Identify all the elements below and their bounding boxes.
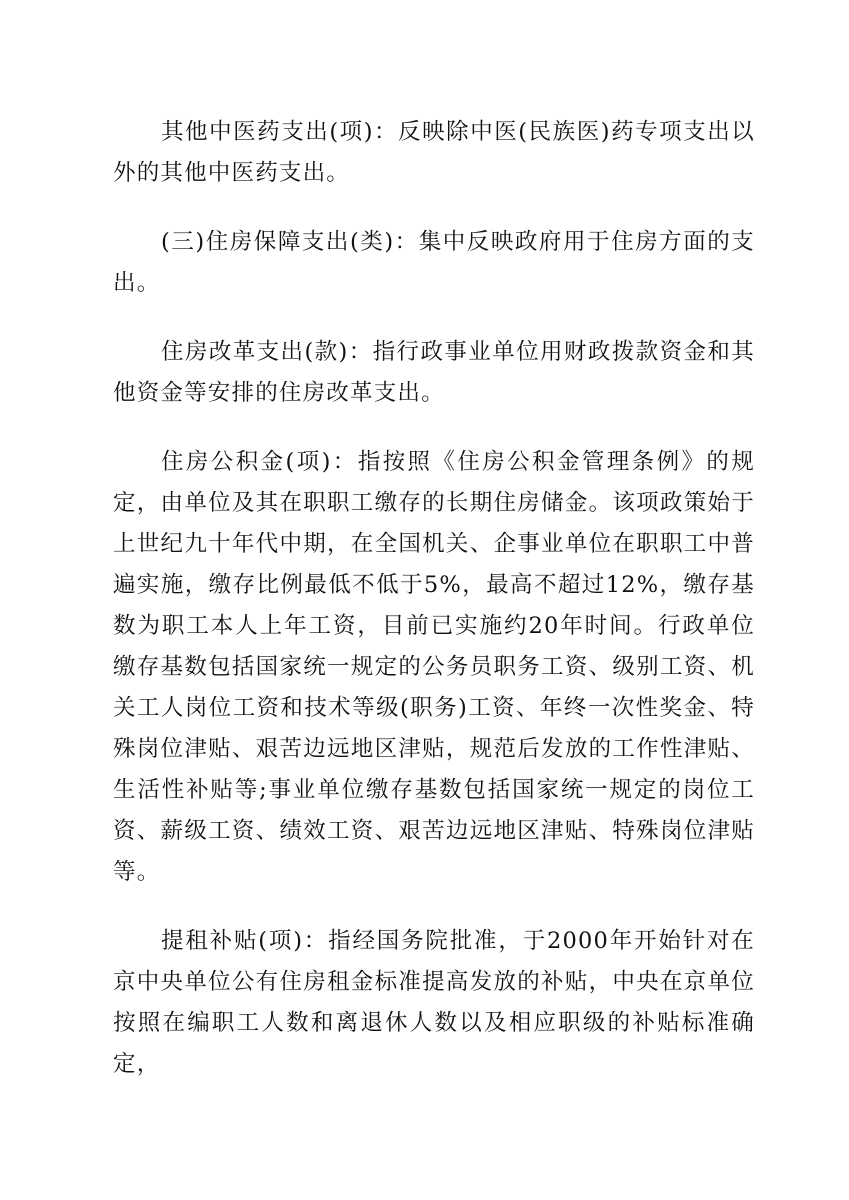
document-page: 其他中医药支出(项)：反映除中医(民族医)药专项支出以外的其他中医药支出。 (三… xyxy=(113,112,755,1113)
paragraph-rent-subsidy: 提租补贴(项)：指经国务院批准，于2000年开始针对在京中央单位公有住房租金标准… xyxy=(113,921,755,1085)
paragraph-housing-reform-expenditure: 住房改革支出(款)：指行政事业单位用财政拨款资金和其他资金等安排的住房改革支出。 xyxy=(113,332,755,414)
paragraph-housing-provident-fund: 住房公积金(项)：指按照《住房公积金管理条例》的规定，由单位及其在职职工缴存的长… xyxy=(113,442,755,893)
paragraph-housing-security-expenditure: (三)住房保障支出(类)：集中反映政府用于住房方面的支出。 xyxy=(113,222,755,304)
paragraph-other-tcm-expenditure: 其他中医药支出(项)：反映除中医(民族医)药专项支出以外的其他中医药支出。 xyxy=(113,112,755,194)
